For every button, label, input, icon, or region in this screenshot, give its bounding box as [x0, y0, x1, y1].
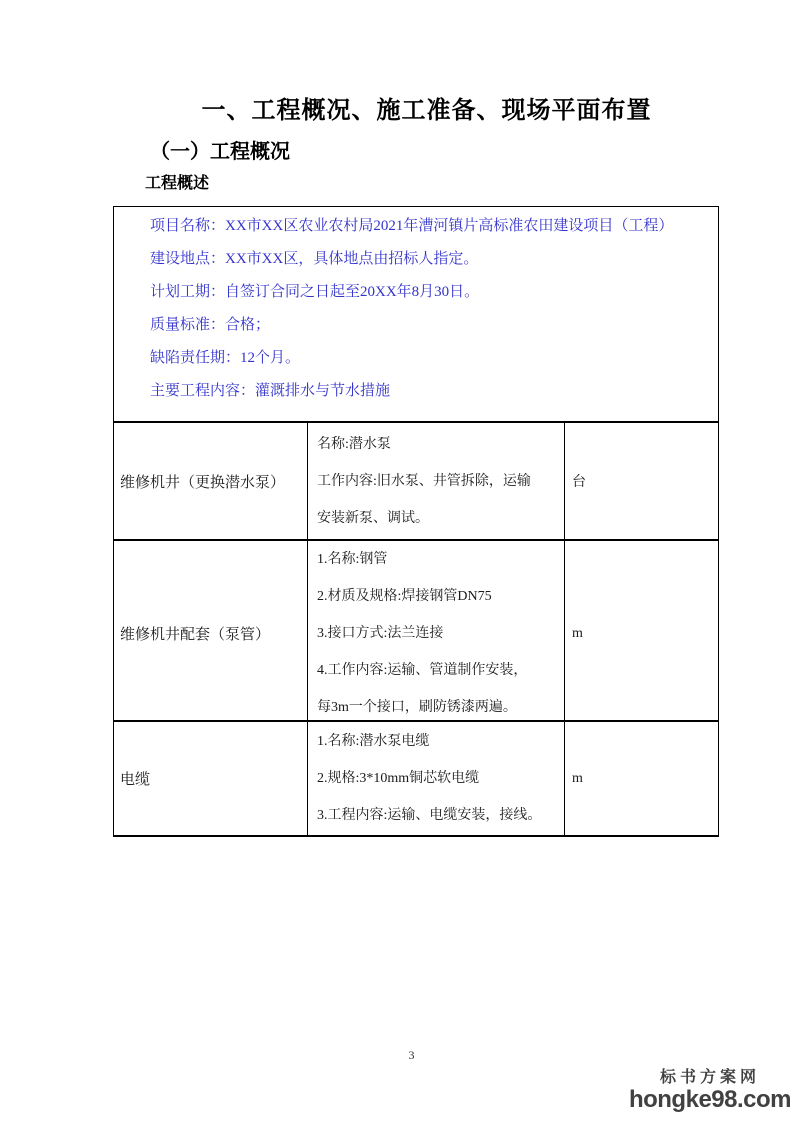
overview-line-quality: 质量标准：合格；: [150, 309, 708, 342]
detail-line: 安装新泵、调试。: [317, 500, 561, 537]
item-detail-cell: 1.名称:钢管 2.材质及规格:焊接钢管DN75 3.接口方式:法兰连接 4.工…: [307, 541, 564, 726]
overview-line-main-content: 主要工程内容：灌溉排水与节水措施: [150, 375, 708, 408]
document-page: 一、工程概况、施工准备、现场平面布置 （一）工程概况 工程概述 项目名称：XX市…: [0, 0, 793, 1122]
watermark-site-name: 标书方案网: [629, 1069, 791, 1087]
detail-line: 1.名称:钢管: [317, 541, 561, 578]
overview-line-schedule: 计划工期：自签订合同之日起至20XX年8月30日。: [150, 276, 708, 309]
detail-line: 3.工程内容:运输、电缆安装，接线。: [317, 797, 561, 834]
item-name-cell: 维修机井（更换潜水泵）: [114, 423, 307, 539]
detail-line: 每3m一个接口，刷防锈漆两遍。: [317, 689, 561, 726]
project-overview-cell: 项目名称：XX市XX区农业农村局2021年漕河镇片高标准农田建设项目（工程） 建…: [114, 207, 718, 421]
document-title: 一、工程概况、施工准备、现场平面布置: [60, 90, 793, 125]
project-overview-table: 项目名称：XX市XX区农业农村局2021年漕河镇片高标准农田建设项目（工程） 建…: [113, 206, 719, 837]
detail-line: 名称:潜水泵: [317, 426, 561, 463]
item-name-cell: 维修机井配套（泵管）: [114, 541, 307, 726]
table-row-pump-replacement: 维修机井（更换潜水泵） 名称:潜水泵 工作内容:旧水泵、井管拆除，运输 安装新泵…: [114, 421, 718, 539]
item-detail-cell: 名称:潜水泵 工作内容:旧水泵、井管拆除，运输 安装新泵、调试。: [307, 423, 564, 539]
unit-cell: m: [564, 722, 718, 835]
overview-line-project-name: 项目名称：XX市XX区农业农村局2021年漕河镇片高标准农田建设项目（工程）: [150, 210, 708, 243]
detail-line: 工作内容:旧水泵、井管拆除，运输: [317, 463, 561, 500]
overview-line-location: 建设地点：XX市XX区，具体地点由招标人指定。: [150, 243, 708, 276]
detail-line: 3.接口方式:法兰连接: [317, 615, 561, 652]
item-detail-cell: 1.名称:潜水泵电缆 2.规格:3*10mm铜芯软电缆 3.工程内容:运输、电缆…: [307, 722, 564, 835]
unit-cell: 台: [564, 423, 718, 539]
detail-line: 4.工作内容:运输、管道制作安装，: [317, 652, 561, 689]
sub-heading: 工程概述: [145, 170, 209, 193]
watermark: 标书方案网 hongke98.com: [629, 1069, 791, 1112]
item-name-cell: 电缆: [114, 722, 307, 835]
detail-line: 1.名称:潜水泵电缆: [317, 723, 561, 760]
unit-cell: m: [564, 541, 718, 726]
table-row-cable: 电缆 1.名称:潜水泵电缆 2.规格:3*10mm铜芯软电缆 3.工程内容:运输…: [114, 720, 718, 835]
page-number: 3: [30, 1048, 793, 1063]
detail-line: 2.规格:3*10mm铜芯软电缆: [317, 760, 561, 797]
table-row-pump-pipe: 维修机井配套（泵管） 1.名称:钢管 2.材质及规格:焊接钢管DN75 3.接口…: [114, 539, 718, 720]
watermark-site-url: hongke98.com: [629, 1087, 791, 1112]
detail-line: 2.材质及规格:焊接钢管DN75: [317, 578, 561, 615]
overview-line-defect-period: 缺陷责任期：12个月。: [150, 342, 708, 375]
section-heading: （一）工程概况: [150, 135, 290, 164]
